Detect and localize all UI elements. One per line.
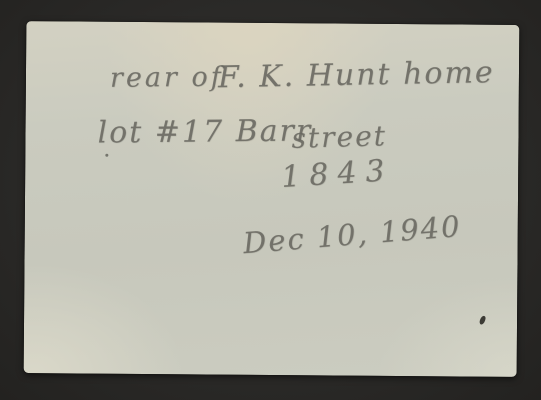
photo-backdrop: rear of F. K. Hunt home lot #17 Barr str… (0, 0, 541, 400)
handwriting-line3-year: 1843 (280, 153, 394, 195)
handwriting-line1-rear-of: rear of (110, 62, 224, 94)
handwriting-line2-lot: lot #17 Barr (97, 113, 312, 150)
photo-verso-card: rear of F. K. Hunt home lot #17 Barr str… (24, 21, 520, 377)
ink-speck (479, 315, 487, 325)
handwriting-line1-name-home: F. K. Hunt home (218, 55, 495, 95)
pencil-dot (105, 154, 108, 157)
handwriting-line4-date: Dec 10, 1940 (242, 209, 463, 260)
handwriting-line2-street: street (291, 119, 387, 155)
